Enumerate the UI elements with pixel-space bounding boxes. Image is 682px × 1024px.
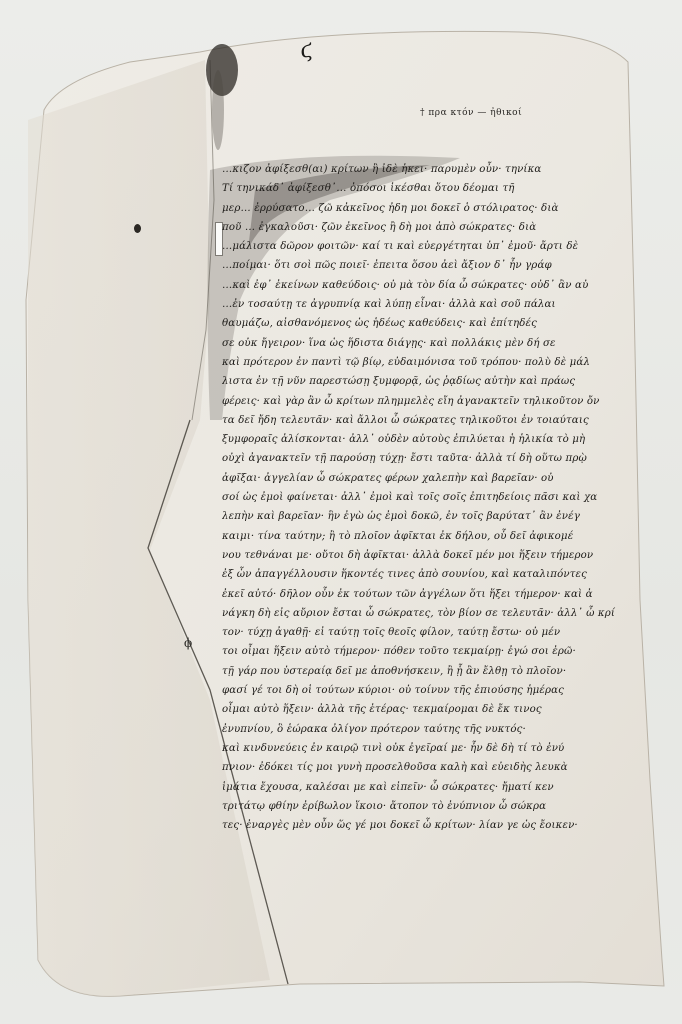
text-line: νου τεθνάναι με· οὔτοι δὴ ἀφῖκται· ἀλλὰ … [222, 546, 634, 565]
text-line: Τί τηνικάδ᾽ ἀφίξεσθ᾽… ὁπόσοι ἱκέσθαι ὅτο… [222, 179, 634, 198]
text-line: …μάλιστα δῶρον φοιτῶν· καί τι καὶ εὐεργέ… [222, 237, 634, 256]
text-line: μερ… ἐρρύσατο… ζῶ κἀκεῖνος ἠδη μοι δοκεῖ… [222, 199, 634, 218]
text-line: ποῦ … ἐγκαλοῦσι· ζῶν ἐκεῖνος ἢ δὴ μοι ἀπ… [222, 218, 634, 237]
text-line: πνιον· ἐδόκει τίς μοι γυνὴ προσελθοῦσα κ… [222, 758, 634, 777]
text-line: ξυμφοραῖς ἁλίσκονται· ἀλλ᾽ οὐδὲν αὐτοὺς … [222, 430, 634, 449]
marginal-note: ϕ [184, 636, 192, 650]
text-line: τοι οἶμαι ἥξειν αὐτὸ τήμερον· πόθεν τοῦτ… [222, 642, 634, 661]
text-line: λιστα ἐν τῇ νῦν παρεστώσῃ ξυμφορᾷ, ὡς ῥᾳ… [222, 372, 634, 391]
text-line: …καὶ ἐφ᾽ ἐκείνων καθεύδοις· οὐ μὰ τὸν δί… [222, 276, 634, 295]
text-line: νάγκη δὴ εἰς αὔριον ἔσται ὦ σώκρατες, τὸ… [222, 604, 634, 623]
text-line: τον· τύχῃ ἀγαθῇ· εἰ ταύτῃ τοῖς θεοῖς φίλ… [222, 623, 634, 642]
text-line: …ἐν τοσαύτῃ τε ἀγρυπνίᾳ καὶ λύπῃ εἶναι· … [222, 295, 634, 314]
text-line: …ποίμαι· ὅτι σοὶ πῶς ποιεῖ· ἐπειτα ὅσου … [222, 256, 634, 275]
text-line: καιμι· τίνα ταύτην; ἢ τὸ πλοῖον ἀφῖκται … [222, 527, 634, 546]
text-line: ἐκεῖ αὐτό· δῆλον οὖν ἐκ τούτων τῶν ἀγγέλ… [222, 585, 634, 604]
text-line: σοί ὡς ἐμοὶ φαίνεται· ἀλλ᾽ ἐμοὶ καὶ τοῖς… [222, 488, 634, 507]
ink-blot [134, 224, 141, 233]
text-line: ἐνυπνίου, ὃ ἑώρακα ὀλίγον πρότερον ταύτη… [222, 720, 634, 739]
text-line: τριτάτῳ φθίην ἐρίβωλον ἵκοιο· ἄτοπον τὸ … [222, 797, 634, 816]
text-line: …κιζον ἀφίξεσθ(αι) κρίτων ἢ ἰδὲ ἡκει· πα… [222, 160, 634, 179]
text-line: τῇ γάρ που ὑστεραίᾳ δεῖ με ἀποθνήσκειν, … [222, 662, 634, 681]
text-line: φέρεις· καὶ γὰρ ἂν ὦ κρίτων πλημμελὲς εἴ… [222, 392, 634, 411]
text-line: ἀφῖξαι· ἀγγελίαν ὦ σώκρατες φέρων χαλεπὴ… [222, 469, 634, 488]
text-line: ἐξ ὧν ἀπαγγέλλουσιν ἥκοντές τινες ἀπὸ σο… [222, 565, 634, 584]
text-line: καὶ κινδυνεύεις ἐν καιρῷ τινὶ οὐκ ἐγεῖρα… [222, 739, 634, 758]
text-line: λεπὴν καὶ βαρεῖαν· ἣν ἐγὼ ὡς ἐμοὶ δοκῶ, … [222, 507, 634, 526]
manuscript-text: …κιζον ἀφίξεσθ(αι) κρίτων ἢ ἰδὲ ἡκει· πα… [222, 160, 634, 835]
text-line: θαυμάζω, αἰσθανόμενος ὡς ἡδέως καθεύδεις… [222, 314, 634, 333]
text-line: καὶ πρότερον ἐν παντὶ τῷ βίῳ, εὐδαιμόνισ… [222, 353, 634, 372]
text-line: ἱμάτια ἔχουσα, καλέσαι με καὶ εἰπεῖν· ὦ … [222, 778, 634, 797]
text-line: οἶμαι αὐτὸ ἥξειν· ἀλλὰ τῆς ἑτέρας· τεκμα… [222, 700, 634, 719]
text-line: τες· ἐναργὲς μὲν οὖν ὥς γέ μοι δοκεῖ ὦ κ… [222, 816, 634, 835]
text-line: σε οὐκ ἤγειρον· ἵνα ὡς ἥδιστα διάγῃς· κα… [222, 334, 634, 353]
text-line: φασί γέ τοι δὴ οἱ τούτων κύριοι· οὐ τοίν… [222, 681, 634, 700]
text-line: τα δεῖ ἤδη τελευτᾶν· καὶ ἄλλοι ὦ σώκρατε… [222, 411, 634, 430]
running-header: † πρα κτόν — ἠθικοί [420, 108, 522, 118]
text-line: οὐχὶ ἀγανακτεῖν τῇ παρούσῃ τύχῃ· ἔστι τα… [222, 449, 634, 468]
